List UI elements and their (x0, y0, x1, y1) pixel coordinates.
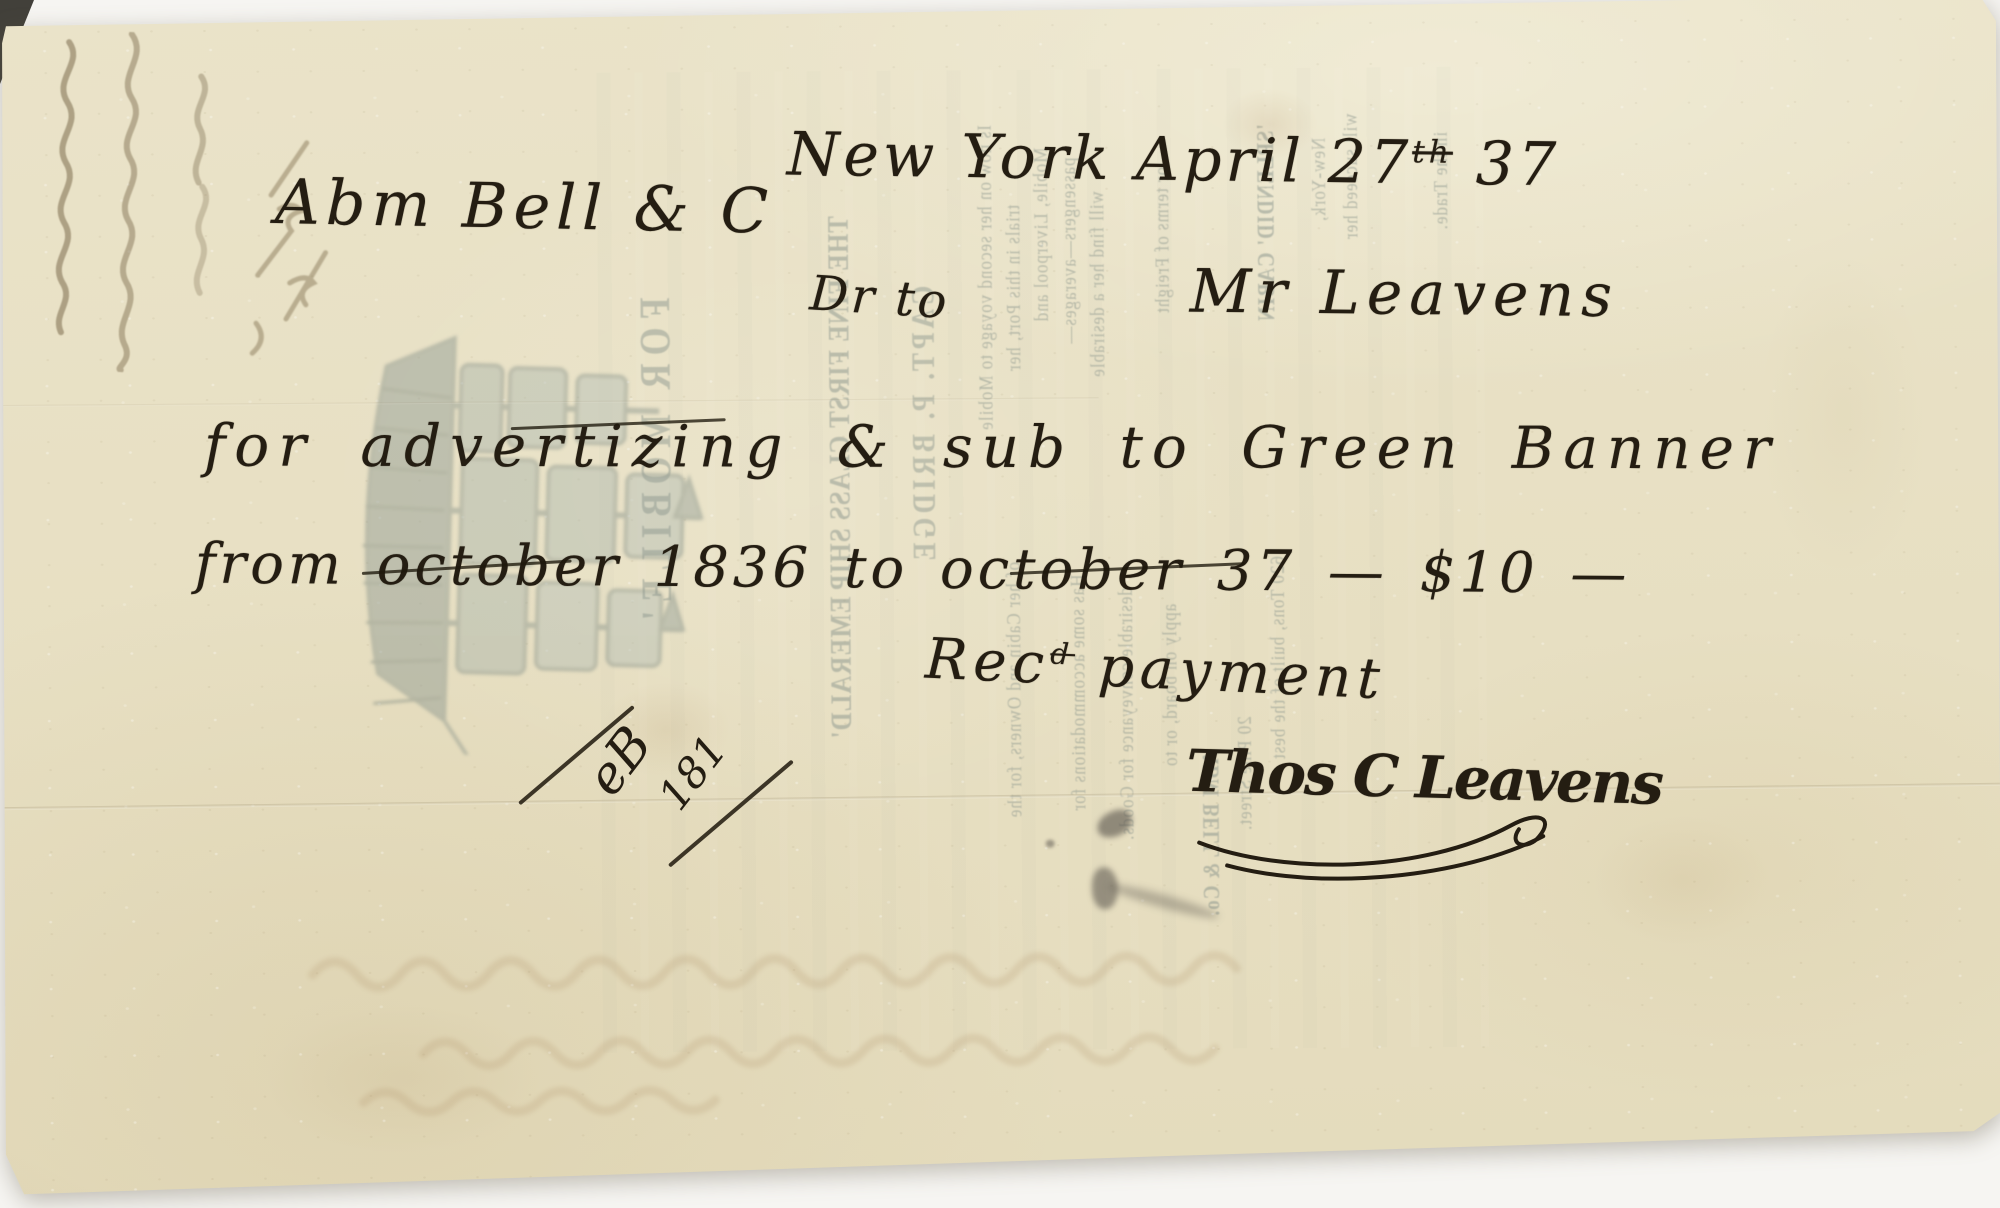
dateline-year: 37 (1475, 129, 1560, 200)
signature-flourish (1170, 789, 1574, 916)
dash: — (1570, 541, 1630, 606)
amount: $10 (1419, 540, 1538, 606)
foxing-stain (1591, 815, 1772, 946)
service-line: for advertizing & sub to Green Banner (204, 412, 1780, 483)
docket-number: 181 (649, 726, 737, 819)
ink-smudge (1046, 840, 1055, 848)
billed-party-line: Mr Leavens (1189, 257, 1619, 331)
scan-background: FOR MOBILE' THE FINE FIRST CLASS SHIP EM… (0, 0, 2000, 1208)
paper-wrapper: FOR MOBILE' THE FINE FIRST CLASS SHIP EM… (0, 0, 2000, 1208)
received-word: payment (1097, 634, 1387, 712)
dateline-superscript: th (1412, 134, 1453, 171)
ghost-fragment: trials in this Port, her (1001, 205, 1026, 372)
foxing-stain (1758, 254, 1930, 575)
ghost-fragment: will find her a desirable (1085, 191, 1110, 378)
addressee-line: Abm Bell & C (274, 165, 774, 248)
received-main: Rec (924, 627, 1051, 698)
ghost-fragment: desirable conveyance for Goods. (1114, 587, 1140, 841)
received-superscript: d (1050, 637, 1076, 672)
docket-letters: eB (575, 716, 665, 807)
paper-sheet: FOR MOBILE' THE FINE FIRST CLASS SHIP EM… (0, 0, 2000, 1208)
dash: — (1328, 540, 1388, 605)
dateline-main: New York April 27 (786, 119, 1412, 198)
dateline: New York April 27th 37 (786, 119, 1560, 200)
dr-to-label: Dr to (808, 265, 951, 330)
